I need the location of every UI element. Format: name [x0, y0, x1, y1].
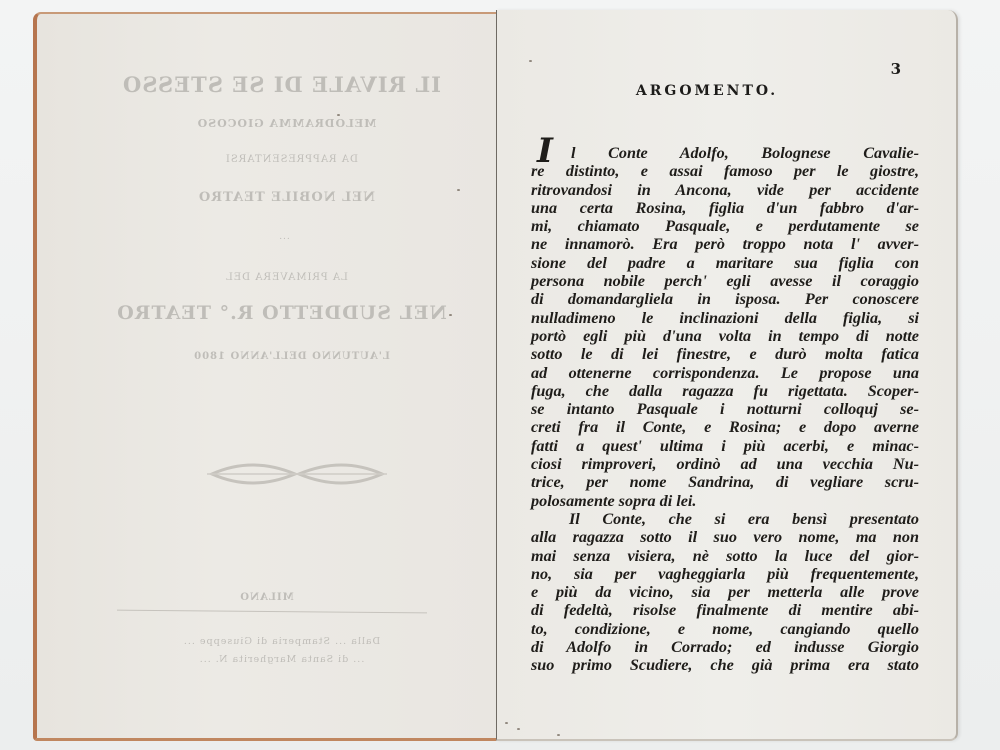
text-line: fatti a quest' ultima i più acerbi, e mi…: [531, 437, 919, 455]
text-line: sione del padre a maritare sua figlia co…: [531, 254, 919, 272]
text-line: ne innamorò. Era però troppo nota l' avv…: [531, 235, 919, 253]
paper-speck: [457, 189, 460, 191]
text-line: mai senza visiera, nè sotto la luce del …: [531, 547, 919, 565]
page-heading: ARGOMENTO.: [497, 83, 887, 99]
bleed-line: MELODRAMMA GIOCOSO: [157, 117, 416, 130]
text-line: di fedeltà, risolse finalmente di mentir…: [531, 601, 919, 619]
paper-speck: [449, 314, 452, 316]
text-line: Il Conte, che si era bensì presentato: [531, 510, 919, 528]
paper-speck: [517, 728, 520, 730]
body-text: Il Conte Adolfo, Bolognese Cavalie- re d…: [531, 144, 919, 675]
text-line: ciosi rimproveri, ordinò ad una vecchia …: [531, 455, 919, 473]
text-line: to, condizione, e nome, cangiando quello: [531, 620, 919, 638]
bleed-line: NEL NOBILE TEATRO: [137, 190, 436, 205]
text-line: alla ragazza sotto il suo vero nome, ma …: [531, 528, 919, 546]
right-page: 3 ARGOMENTO. Il Conte Adolfo, Bolognese …: [496, 10, 958, 741]
paper-speck: [557, 734, 560, 736]
text-line: persona nobile perch' egli avesse il cor…: [531, 272, 919, 290]
text-line: mi, chiamato Pasquale, e perdutamente se: [531, 217, 919, 235]
text-line: una certa Rosina, figlia d'un fabbro d'a…: [531, 199, 919, 217]
text-line: Il Conte Adolfo, Bolognese Cavalie-: [531, 144, 919, 162]
open-book: IL RIVALE DI SE STESSO MELODRAMMA GIOCOS…: [33, 8, 958, 741]
text-line: ritrovandosi in Ancona, vide per acciden…: [531, 181, 919, 199]
drop-cap: I: [537, 136, 553, 166]
ornament-icon: [207, 454, 387, 494]
text-line: di Adolfo in Corrado; ed indusse Giorgio: [531, 638, 919, 656]
bleed-line: NEL SUDDETTO R.° TEATRO: [107, 302, 456, 324]
text-line: trice, per nome Sandrina, di vegliare sc…: [531, 473, 919, 491]
text-line: polosamente sopra di lei.: [531, 492, 919, 510]
page-number: 3: [891, 60, 901, 78]
text-line: re distinto, e assai famoso per le giost…: [531, 162, 919, 180]
text-line: sotto le di lei finestre, e durò molta f…: [531, 345, 919, 363]
paper-speck: [505, 722, 508, 724]
bleed-line: ...: [152, 232, 416, 242]
text-line: ad ottenerne corrispondenza. Le propose …: [531, 364, 919, 382]
text-line: no, sia per vagheggiarla più frequenteme…: [531, 565, 919, 583]
bleed-line: LA PRIMAVERA DEL: [157, 272, 416, 283]
text-line: di domandargliela in isposa. Per conosce…: [531, 290, 919, 308]
paper-speck: [337, 114, 340, 116]
paper-speck: [529, 60, 532, 62]
bleed-line: L'AUTUNNO DELL'ANNO 1800: [157, 351, 426, 362]
text-line: suo primo Scudiere, che già prima era st…: [531, 656, 919, 674]
bleed-imprint-line: ... di Santa Margherita N. ...: [137, 654, 426, 665]
bleed-imprint-place: MILANO: [187, 592, 346, 603]
text-line: se intanto Pasquale i notturni colloquj …: [531, 400, 919, 418]
imprint-rule: [117, 610, 427, 614]
bleed-title: IL RIVALE DI SE STESSO: [107, 72, 456, 97]
text-line: creti fra il Conte, e Rosina; e dopo ave…: [531, 418, 919, 436]
bleed-line: DA RAPPRESENTARSI: [187, 154, 396, 165]
text-line: nulladimeno le inclinazioni della figlia…: [531, 309, 919, 327]
text-line: portò egli più d'una volta in tempo di n…: [531, 327, 919, 345]
text-line: e più da vicino, sia per metterla alle p…: [531, 583, 919, 601]
text-line: fuga, che dalla ragazza fu rigettata. Sc…: [531, 382, 919, 400]
left-page: IL RIVALE DI SE STESSO MELODRAMMA GIOCOS…: [33, 12, 496, 741]
bleed-imprint-line: Dalla ... Stamperia di Giuseppe ...: [117, 636, 446, 647]
